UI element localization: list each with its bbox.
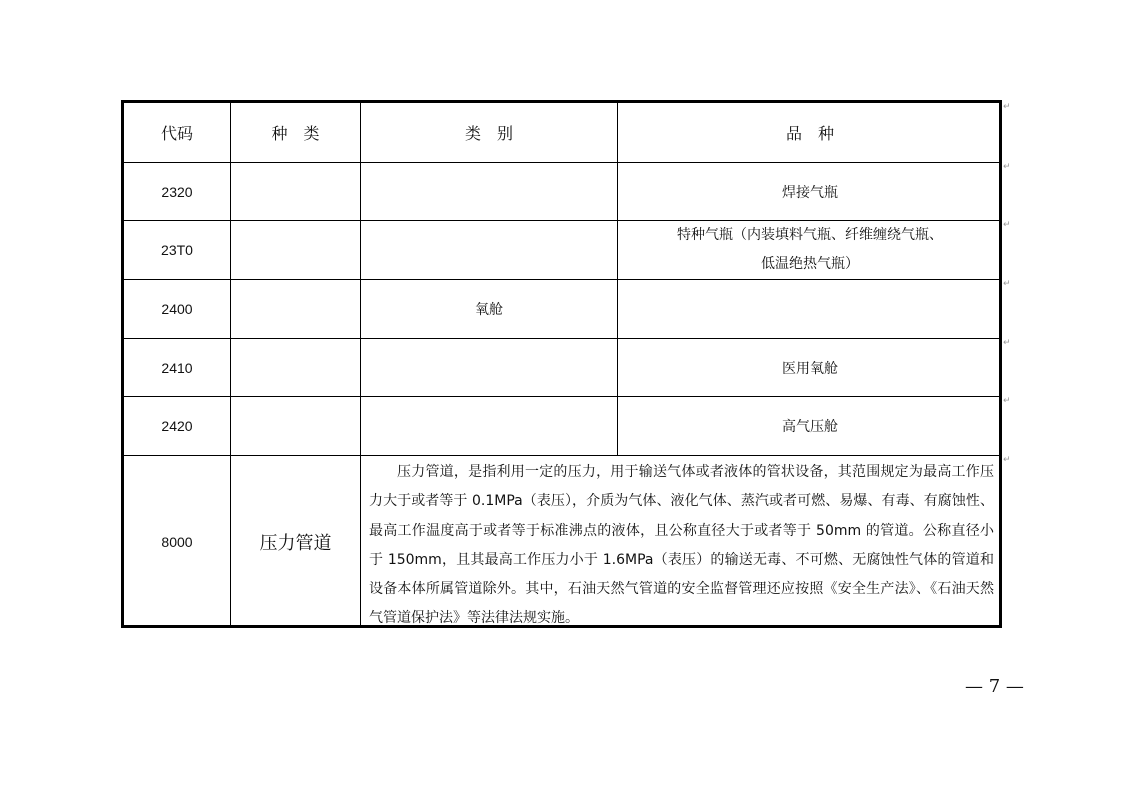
cell-code: 2410 — [124, 339, 231, 396]
cell-description: 压力管道，是指利用一定的压力，用于输送气体或者液体的管状设备，其范围规定为最高工… — [361, 456, 1002, 628]
cell-category: 氧舱 — [361, 280, 618, 338]
cell-variety: 特种气瓶（内装填料气瓶、纤维缠绕气瓶、 低温绝热气瓶） — [618, 221, 1002, 279]
cell-category — [361, 163, 618, 220]
table-row: 8000 压力管道 压力管道，是指利用一定的压力，用于输送气体或者液体的管状设备… — [124, 456, 999, 628]
paragraph-mark-icon: ↵ — [1003, 102, 1011, 112]
table-header-row: 代码 种 类 类 别 品 种 — [124, 103, 999, 163]
table-row: 2320 焊接气瓶 — [124, 163, 999, 221]
cell-kind — [231, 339, 361, 396]
cell-code: 2420 — [124, 397, 231, 455]
table-row: 2400 氧舱 — [124, 280, 999, 339]
cell-variety: 焊接气瓶 — [618, 163, 1002, 220]
cell-variety — [618, 280, 1002, 338]
cell-kind — [231, 280, 361, 338]
cell-code: 2400 — [124, 280, 231, 338]
variety-line-2: 低温绝热气瓶） — [761, 250, 859, 279]
header-variety: 品 种 — [618, 103, 1002, 162]
cell-kind — [231, 397, 361, 455]
cell-code: 2320 — [124, 163, 231, 220]
table-row: 23T0 特种气瓶（内装填料气瓶、纤维缠绕气瓶、 低温绝热气瓶） — [124, 221, 999, 280]
cell-variety: 高气压舱 — [618, 397, 1002, 455]
paragraph-mark-icon: ↵ — [1003, 279, 1011, 289]
cell-code: 23T0 — [124, 221, 231, 279]
table-row: 2420 高气压舱 — [124, 397, 999, 456]
paragraph-mark-icon: ↵ — [1003, 455, 1011, 465]
cell-category — [361, 339, 618, 396]
header-kind: 种 类 — [231, 103, 361, 162]
paragraph-mark-icon: ↵ — [1003, 220, 1011, 230]
cell-kind — [231, 221, 361, 279]
cell-variety: 医用氧舱 — [618, 339, 1002, 396]
cell-category — [361, 397, 618, 455]
description-text: 压力管道，是指利用一定的压力，用于输送气体或者液体的管状设备，其范围规定为最高工… — [369, 458, 994, 634]
cell-kind — [231, 163, 361, 220]
paragraph-mark-icon: ↵ — [1003, 338, 1011, 348]
cell-code: 8000 — [124, 456, 231, 628]
cell-category — [361, 221, 618, 279]
equipment-catalog-table: 代码 种 类 类 别 品 种 2320 焊接气瓶 23T0 特种气瓶（内装填料气… — [121, 100, 1002, 628]
paragraph-mark-icon: ↵ — [1003, 162, 1011, 172]
variety-line-1: 特种气瓶（内装填料气瓶、纤维缠绕气瓶、 — [677, 221, 943, 250]
header-category: 类 别 — [361, 103, 618, 162]
header-code: 代码 — [124, 103, 231, 162]
cell-kind: 压力管道 — [231, 456, 361, 628]
paragraph-mark-icon: ↵ — [1003, 396, 1011, 406]
table-row: 2410 医用氧舱 — [124, 339, 999, 397]
page-number: — 7 — — [965, 676, 1024, 697]
